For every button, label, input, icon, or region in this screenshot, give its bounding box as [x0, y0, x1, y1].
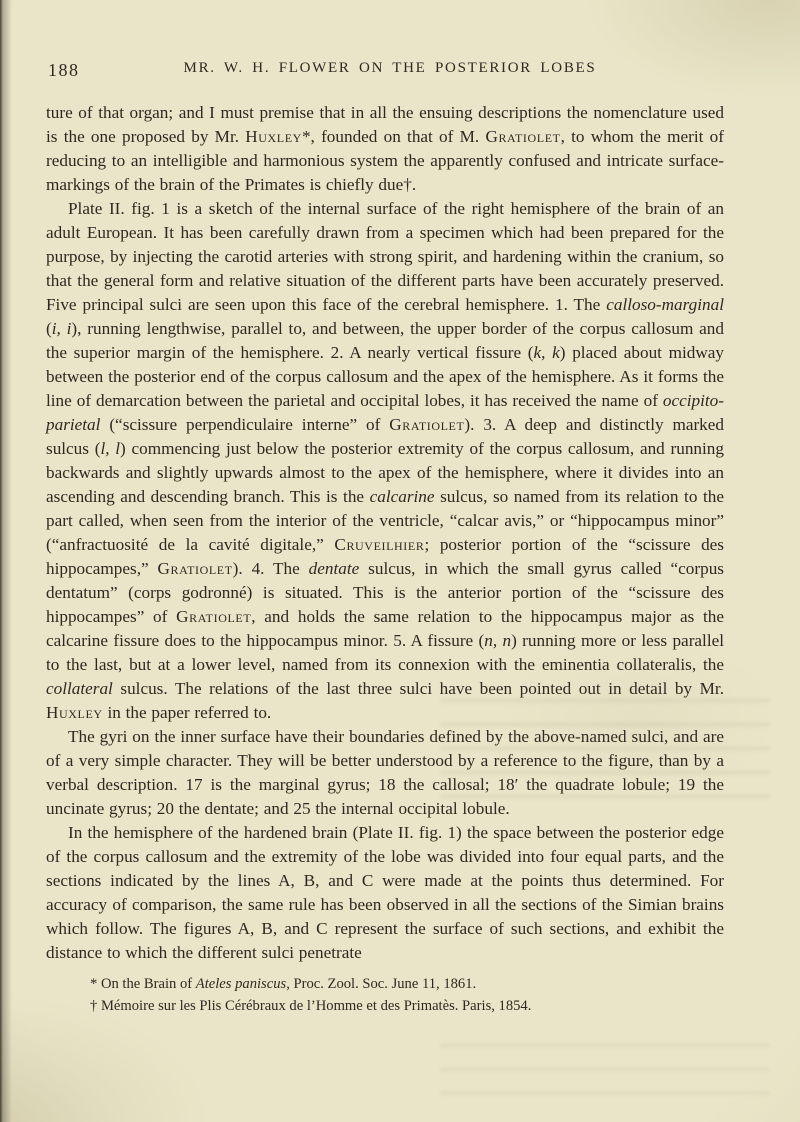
smallcaps-name: Gratiolet [389, 415, 464, 434]
italic-text: calcarine [370, 487, 435, 506]
text-run: * On the Brain of [90, 976, 196, 992]
footnote: * On the Brain of Ateles paniscus, Proc.… [46, 973, 724, 995]
paragraph: The gyri on the inner surface have their… [46, 725, 724, 821]
text-run: sulcus. The relations of the last three … [113, 679, 724, 698]
text-run: *, founded on that of M. [302, 127, 486, 146]
page-header: 188 MR. W. H. FLOWER ON THE POSTERIOR LO… [46, 60, 724, 84]
smallcaps-name: Huxley [46, 703, 103, 722]
smallcaps-name: Gratiolet [176, 607, 251, 626]
page-number: 188 [48, 60, 80, 81]
text-run: The gyri on the inner surface have their… [46, 727, 724, 818]
text-run: (“scissure perpendiculaire interne” of [100, 415, 389, 434]
italic-text: collateral [46, 679, 113, 698]
book-page: 188 MR. W. H. FLOWER ON THE POSTERIOR LO… [46, 60, 724, 1017]
scan-gutter-shadow-icon [0, 0, 14, 1122]
footnotes: * On the Brain of Ateles paniscus, Proc.… [46, 973, 724, 1017]
footnote: † Mémoire sur les Plis Cérébraux de l’Ho… [46, 995, 724, 1017]
running-title: MR. W. H. FLOWER ON THE POSTERIOR LOBES [46, 60, 724, 77]
smallcaps-name: Gratiolet [485, 127, 560, 146]
italic-text: n, n [484, 631, 511, 650]
paragraph: ture of that organ; and I must premise t… [46, 101, 724, 197]
text-run: ). 4. The [233, 559, 309, 578]
smallcaps-name: Huxley [245, 127, 302, 146]
italic-text: k, k [534, 343, 560, 362]
italic-text: calloso-marginal [606, 295, 724, 314]
italic-text: Ateles paniscus [196, 976, 286, 992]
smallcaps-name: Cruveilhier [334, 535, 424, 554]
italic-text: dentate [309, 559, 360, 578]
italic-text: l, l [100, 439, 120, 458]
body-text: ture of that organ; and I must premise t… [46, 101, 724, 965]
page-bleedthrough-smudge [440, 1035, 770, 1095]
paragraph: Plate II. fig. 1 is a sketch of the inte… [46, 197, 724, 725]
text-run: in the paper referred to. [103, 703, 272, 722]
text-run: † Mémoire sur les Plis Cérébraux de l’Ho… [90, 998, 531, 1014]
text-run: In the hemisphere of the hardened brain … [46, 823, 724, 962]
italic-text: i, i [52, 319, 72, 338]
paragraph: In the hemisphere of the hardened brain … [46, 821, 724, 965]
text-run: , Proc. Zool. Soc. June 11, 1861. [286, 976, 476, 992]
smallcaps-name: Gratiolet [158, 559, 233, 578]
